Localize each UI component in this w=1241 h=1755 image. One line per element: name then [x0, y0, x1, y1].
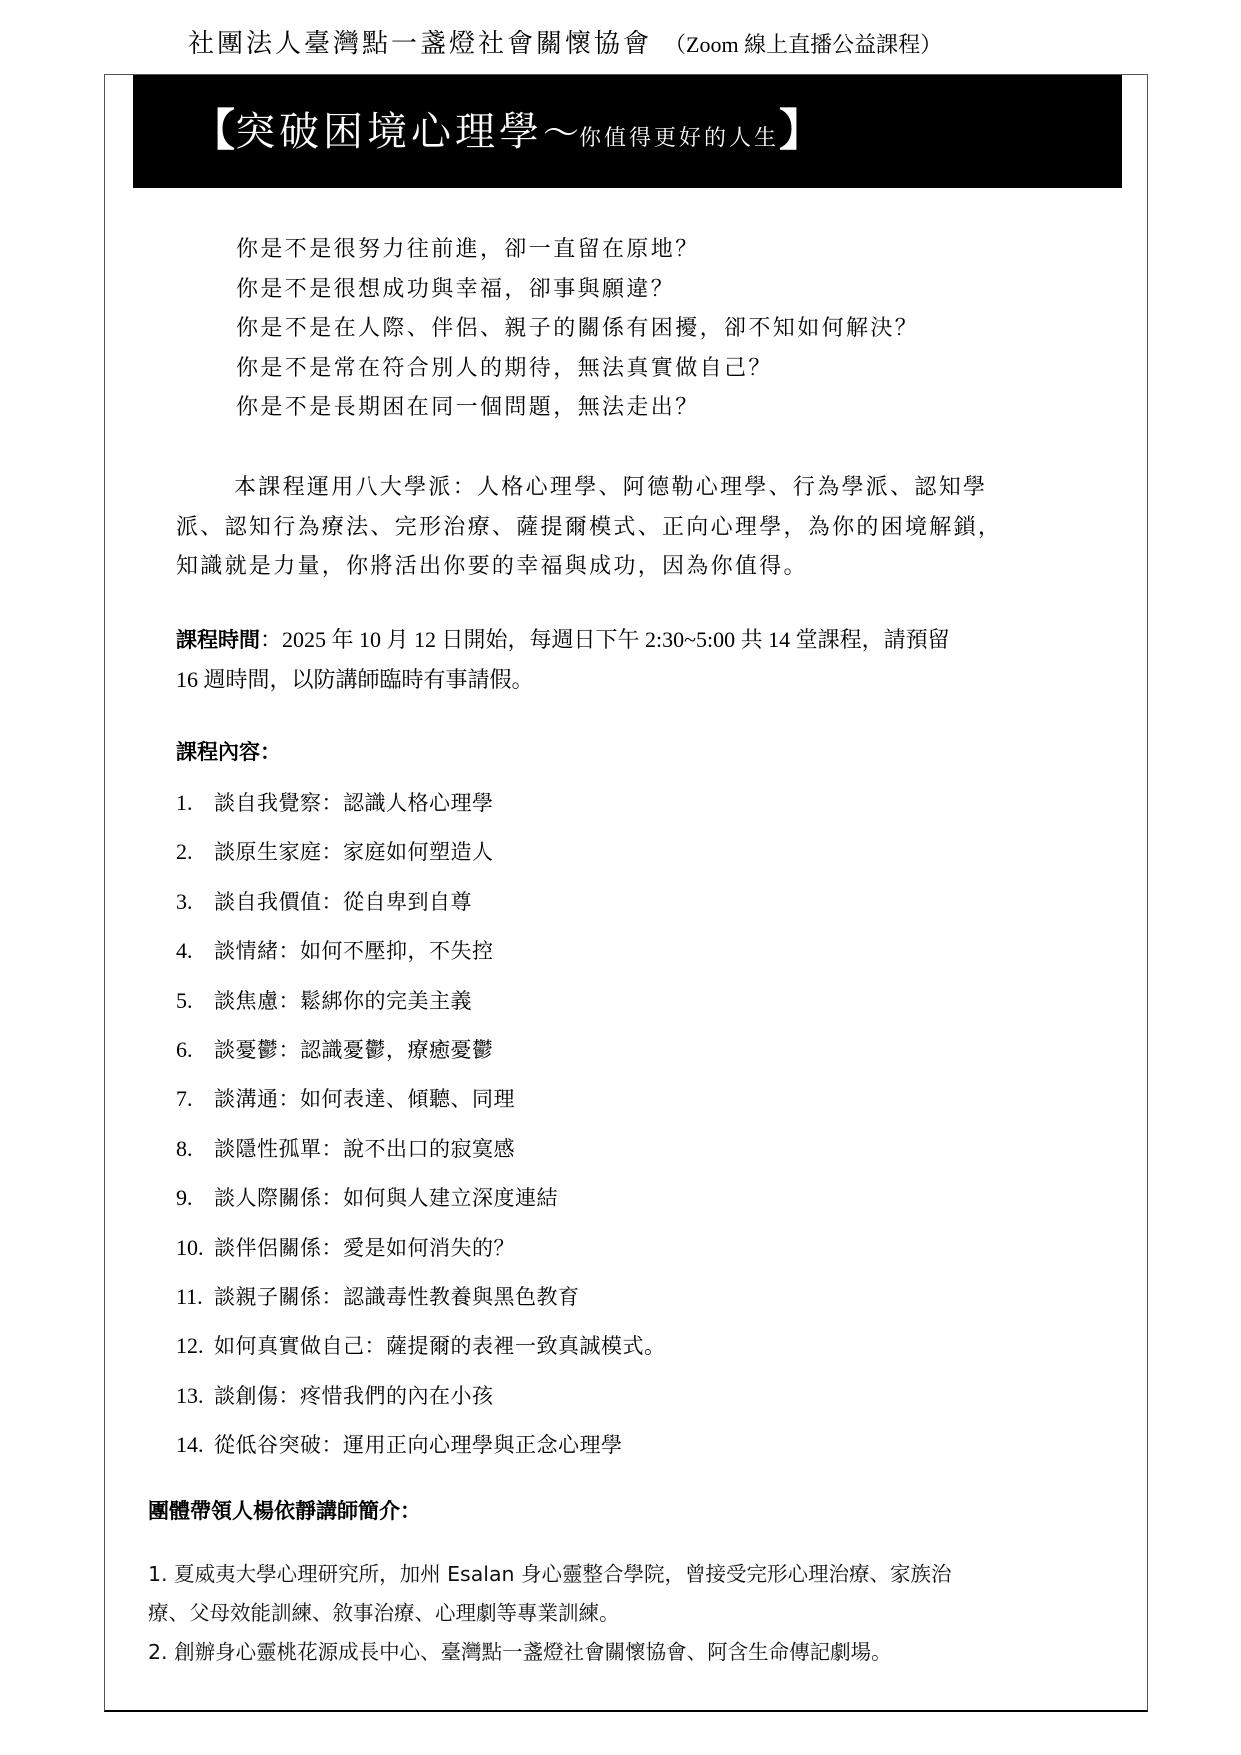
- schedule-details: ：2025 年 10 月 12 日開始，每週日下午 2:30~5:00 共 14…: [260, 627, 950, 652]
- item-number: 5.: [176, 984, 214, 1018]
- bio-line: 1. 夏威夷大學心理研究所，加州 Esalan 身心靈整合學院，曾接受完形心理治…: [148, 1555, 1108, 1594]
- item-text: 談自我價值：從自卑到自尊: [214, 890, 472, 914]
- list-item: 13.談創傷：疼惜我們的內在小孩: [176, 1379, 666, 1428]
- course-main-title: 突破困境心理學: [235, 109, 543, 155]
- list-item: 14.從低谷突破：運用正向心理學與正念心理學: [176, 1428, 666, 1477]
- item-number: 9.: [176, 1181, 214, 1215]
- list-item: 5.談焦慮：鬆綁你的完美主義: [176, 984, 666, 1033]
- schedule-line-2: 16 週時間，以防講師臨時有事請假。: [176, 660, 1096, 699]
- question-item: 你是不是在人際、伴侶、親子的關係有困擾，卻不知如何解決？: [236, 309, 919, 349]
- intro-line: 知識就是力量，你將活出你要的幸福與成功，因為你值得。: [176, 547, 1076, 587]
- item-text: 談自我覺察：認識人格心理學: [214, 791, 494, 815]
- course-contents-heading: 課程內容：: [176, 736, 281, 768]
- item-text: 談創傷：疼惜我們的內在小孩: [214, 1384, 494, 1408]
- instructor-bio: 1. 夏威夷大學心理研究所，加州 Esalan 身心靈整合學院，曾接受完形心理治…: [148, 1555, 1108, 1672]
- item-number: 13.: [176, 1379, 214, 1413]
- item-text: 如何真實做自己：薩提爾的表裡一致真誠模式。: [214, 1334, 666, 1358]
- schedule-label: 課程時間: [176, 628, 260, 652]
- organization-name: 社團法人臺灣點一盞燈社會關懷協會: [188, 29, 652, 59]
- item-text: 從低谷突破：運用正向心理學與正念心理學: [214, 1433, 623, 1457]
- item-text: 談人際關係：如何與人建立深度連結: [214, 1186, 558, 1210]
- organization-header: 社團法人臺灣點一盞燈社會關懷協會（Zoom 線上直播公益課程）: [188, 24, 942, 64]
- list-item: 7.談溝通：如何表達、傾聽、同理: [176, 1082, 666, 1131]
- course-contents-list: 1.談自我覺察：認識人格心理學 2.談原生家庭：家庭如何塑造人 3.談自我價值：…: [176, 786, 666, 1477]
- list-item: 12.如何真實做自己：薩提爾的表裡一致真誠模式。: [176, 1329, 666, 1378]
- item-number: 1.: [176, 786, 214, 820]
- item-number: 4.: [176, 934, 214, 968]
- title-tilde: ～: [543, 113, 579, 154]
- item-number: 6.: [176, 1033, 214, 1067]
- bio-line: 2. 創辦身心靈桃花源成長中心、臺灣點一盞燈社會關懷協會、阿含生命傳記劇場。: [148, 1633, 1108, 1672]
- item-text: 談原生家庭：家庭如何塑造人: [214, 840, 494, 864]
- list-item: 11.談親子關係：認識毒性教養與黑色教育: [176, 1280, 666, 1329]
- bracket-open: 【: [191, 105, 235, 156]
- list-item: 3.談自我價值：從自卑到自尊: [176, 885, 666, 934]
- item-number: 11.: [176, 1280, 214, 1314]
- course-schedule: 課程時間：2025 年 10 月 12 日開始，每週日下午 2:30~5:00 …: [176, 620, 1096, 699]
- list-item: 8.談隱性孤單：說不出口的寂寞感: [176, 1132, 666, 1181]
- bio-line: 療、父母效能訓練、敘事治療、心理劇等專業訓練。: [148, 1594, 1108, 1633]
- item-number: 10.: [176, 1231, 214, 1265]
- list-item: 2.談原生家庭：家庭如何塑造人: [176, 835, 666, 884]
- intro-line: 派、認知行為療法、完形治療、薩提爾模式、正向心理學，為你的困境解鎖，: [176, 508, 1076, 548]
- list-item: 4.談情緒：如何不壓抑，不失控: [176, 934, 666, 983]
- instructor-heading: 團體帶領人楊依靜講師簡介：: [148, 1495, 421, 1527]
- item-number: 3.: [176, 885, 214, 919]
- title-banner: 【突破困境心理學～你值得更好的人生】: [133, 75, 1122, 188]
- list-item: 10.談伴侶關係：愛是如何消失的？: [176, 1231, 666, 1280]
- question-item: 你是不是很想成功與幸福，卻事與願違？: [236, 270, 919, 310]
- item-number: 8.: [176, 1132, 214, 1166]
- course-title: 【突破困境心理學～你值得更好的人生】: [191, 103, 823, 168]
- item-text: 談伴侶關係：愛是如何消失的？: [214, 1236, 515, 1260]
- item-text: 談憂鬱：認識憂鬱，療癒憂鬱: [214, 1038, 494, 1062]
- course-tagline: 你值得更好的人生: [579, 126, 779, 151]
- list-item: 1.談自我覺察：認識人格心理學: [176, 786, 666, 835]
- item-text: 談情緒：如何不壓抑，不失控: [214, 939, 494, 963]
- question-list: 你是不是很努力往前進，卻一直留在原地？ 你是不是很想成功與幸福，卻事與願違？ 你…: [236, 230, 919, 428]
- item-text: 談焦慮：鬆綁你的完美主義: [214, 989, 472, 1013]
- list-item: 9.談人際關係：如何與人建立深度連結: [176, 1181, 666, 1230]
- item-text: 談溝通：如何表達、傾聽、同理: [214, 1087, 515, 1111]
- item-text: 談隱性孤單：說不出口的寂寞感: [214, 1137, 515, 1161]
- bracket-close: 】: [779, 105, 823, 156]
- item-number: 2.: [176, 835, 214, 869]
- schedule-line-1: 課程時間：2025 年 10 月 12 日開始，每週日下午 2:30~5:00 …: [176, 620, 1096, 660]
- item-number: 12.: [176, 1329, 214, 1363]
- course-format-note: （Zoom 線上直播公益課程）: [664, 32, 942, 57]
- question-item: 你是不是很努力往前進，卻一直留在原地？: [236, 230, 919, 270]
- question-item: 你是不是長期困在同一個問題，無法走出？: [236, 388, 919, 428]
- intro-line: 本課程運用八大學派：人格心理學、阿德勒心理學、行為學派、認知學: [176, 468, 1076, 508]
- list-item: 6.談憂鬱：認識憂鬱，療癒憂鬱: [176, 1033, 666, 1082]
- item-number: 7.: [176, 1082, 214, 1116]
- item-text: 談親子關係：認識毒性教養與黑色教育: [214, 1285, 580, 1309]
- course-intro-paragraph: 本課程運用八大學派：人格心理學、阿德勒心理學、行為學派、認知學 派、認知行為療法…: [176, 468, 1076, 587]
- item-number: 14.: [176, 1428, 214, 1462]
- question-item: 你是不是常在符合別人的期待，無法真實做自己？: [236, 349, 919, 389]
